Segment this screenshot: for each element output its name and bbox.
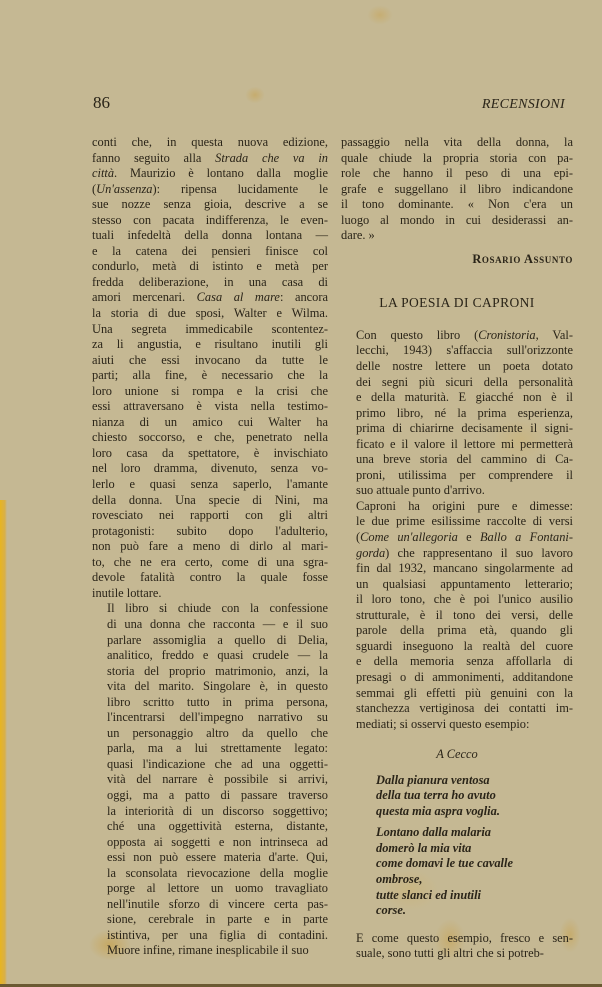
text-line: analitico, freddo e quasi crudele — la [92,648,328,664]
text-line: un qualsiasi appuntamento letterario; [341,577,573,593]
right-column: passaggio nella vita della donna, laqual… [341,135,573,962]
text-line: (Come un'allegoria e Ballo a Fontani- [341,530,573,546]
text-line: Il libro si chiude con la confessione [92,601,328,617]
text-line: un personaggio altro da quello che [92,726,328,742]
paragraph: conti che, in questa nuova edizione,fann… [92,135,328,601]
text-line: inutile lottare. [92,586,328,602]
poem-verse: come domavi le tue cavalle [376,856,573,872]
review-signature: Rosario Assunto [341,252,573,268]
text-line: non può fare a meno di dirlo al mari- [92,539,328,555]
text-line: stanchezza vertiginosa dei contatti im- [341,701,573,717]
text-line: il tono dominante. « Non c'era un [341,197,573,213]
text-line: condurlo, metà di istinto e metà per [92,259,328,275]
text-line: opposta ai soggetti e non intrinseca ad [92,835,328,851]
text-line: ché una oggettività esterna, distante, [92,819,328,835]
text-line: di una donna che racconta — e il suo [92,617,328,633]
text-line: passaggio nella vita della donna, la [341,135,573,151]
paragraph: Caproni ha origini pure e dimesse:le due… [341,499,573,732]
article-heading: LA POESIA DI CAPRONI [341,295,573,311]
text-line: devole fatalità contro la quale fosse [92,570,328,586]
text-line: dare. » [341,228,573,244]
text-line: nianza di un amico cui Walter ha [92,415,328,431]
running-title: RECENSIONI [482,97,565,113]
poem-stanza: Lontano dalla malariadomerò la mia vitac… [376,825,573,918]
text-line: una breve storia del cammino di Ca- [341,452,573,468]
text-line: prima di chiarirne decisamente il signi- [341,421,573,437]
text-line: quale chiude la propria storia con pa- [341,151,573,167]
review-ending: passaggio nella vita della donna, laqual… [341,135,573,244]
text-line: ficato e il valore il lettore mi permett… [341,437,573,453]
poem-verse: della tua terra ho avuto [376,788,573,804]
text-line: la sconsolata rievocazione della moglie [92,866,328,882]
page-edge-stain [0,500,7,987]
text-line: la storia di due sposi, Walter e Wilma. [92,306,328,322]
text-line: suo attuale punto d'arrivo. [341,483,573,499]
text-line: chiesto soccorso, e che, penetrato nella [92,430,328,446]
text-line: loro casa da spettatore, è invischiato [92,446,328,462]
text-line: lecchi, 1943) s'affaccia sull'orizzonte [341,343,573,359]
text-line: gorda) che rappresentano il suo lavoro [341,546,573,562]
text-line: fin dal 1932, mancano singolarmente ad [341,561,573,577]
paragraph: Con questo libro (Cronistoria, Val-lecch… [341,328,573,499]
text-line: nell'inutile sforzo di vincere certa pas… [92,897,328,913]
text-line: suale, sono tutti gli altri che si potre… [341,946,573,962]
paragraph: Il libro si chiude con la confessionedi … [92,601,328,959]
text-line: sue nozze senza gioia, descrive a se [92,197,328,213]
text-line: storia del proprio matrimonio, anzi, la [92,664,328,680]
text-line: Caproni ha origini pure e dimesse: [341,499,573,515]
text-line: semmai gli effetti più genuini con la [341,686,573,702]
text-line: fredda deliberazione, in una casa di [92,275,328,291]
text-line: aiuti che essi invocano da tutte le [92,353,328,369]
text-line: istintiva, per una figlia di contadini. [92,928,328,944]
poem-verse: ombrose, [376,872,573,888]
poem-verse: questa mia aspra voglia. [376,804,573,820]
text-line: il loro tono, che è poi l'unico ausilio [341,592,573,608]
poem-title: A Cecco [341,747,573,763]
left-column: conti che, in questa nuova edizione,fann… [92,135,328,959]
text-line: role che hanno il peso di una epi- [341,166,573,182]
text-line: fanno seguito alla Strada che va in [92,151,328,167]
book-page: 86 RECENSIONI conti che, in questa nuova… [0,0,602,987]
page-number: 86 [93,93,110,113]
text-line: Muore infine, rimane inesplicabile il su… [92,943,328,959]
text-line: della donna. Una specie di Nini, ma [92,493,328,509]
text-line: (Un'assenza): ripensa lucidamente le [92,182,328,198]
text-line: libro scritto tutto in prima persona, [92,695,328,711]
poem-verse: corse. [376,903,573,919]
text-line: l'incentrarsi dell'impegno narrativo su [92,710,328,726]
text-line: e della memoria senza affollarla di [341,654,573,670]
text-line: stesso con pacata indifferenza, le even- [92,213,328,229]
text-line: Una segreta immedicabile scontentez- [92,322,328,338]
text-line: sguardi inseguono la realtà del cuore [341,639,573,655]
running-head: 86 RECENSIONI [93,93,565,113]
text-line: mediati; si osservi questo esempio: [341,717,573,733]
text-line: essi attraversano è vista nella testimo- [92,399,328,415]
text-line: tuali infedeltà della donna lontana — [92,228,328,244]
text-line: primo libro, né la prima esperienza, [341,406,573,422]
text-line: luogo al mondo in cui desiderassi an- [341,213,573,229]
text-line: rovesciato nei rapporti con gli altri [92,508,328,524]
text-line: parla, ma a lui strettamente legato: [92,741,328,757]
text-line: proni, utilissima per comprendere il [341,468,573,484]
text-line: vita del marito. Singolare è, in questo [92,679,328,695]
text-line: città. Maurizio è lontano dalla moglie [92,166,328,182]
poem-verse: tutte slanci ed inutili [376,888,573,904]
text-line: e della maturità. E giacché non è il [341,390,573,406]
text-line: la interiorità di un discorso soggettivo… [92,804,328,820]
text-line: grafe e suggellano il libro indicandone [341,182,573,198]
text-line: essi non può essere materia d'arte. Qui, [92,850,328,866]
text-line: protagonisti: subito dopo l'adulterio, [92,524,328,540]
poem-verse: domerò la mia vita [376,841,573,857]
poem-verse: Dalla pianura ventosa [376,773,573,789]
text-line: vità del narrare è possibile si arrivi, [92,772,328,788]
text-line: loro unione si rompa e la crisi che [92,384,328,400]
text-line: lerlo e quasi senza saperlo, l'amante [92,477,328,493]
text-line: le due prime esilissime raccolte di vers… [341,514,573,530]
text-line: oggi, ma a patto di passare traverso [92,788,328,804]
text-line: E come questo esempio, fresco e sen- [341,931,573,947]
text-line: to, che ne era certo, come di una sgra- [92,555,328,571]
text-line: strutturale, è il tono dei versi, delle [341,608,573,624]
text-line: delle nostre lettere un poeta dotato [341,359,573,375]
text-line: Con questo libro (Cronistoria, Val- [341,328,573,344]
text-line: amori mercenari. Casa al mare: ancora [92,290,328,306]
paragraph: E come questo esempio, fresco e sen-sual… [341,931,573,962]
text-line: parti; alla fine, è necessario che la [92,368,328,384]
text-line: parole della prima età, quando gli [341,623,573,639]
text-line: quasi l'indicazione che ad una oggetti- [92,757,328,773]
poem-stanza: Dalla pianura ventosadella tua terra ho … [376,773,573,820]
text-line: porge al lettore un uomo travagliato [92,881,328,897]
text-line: e la catena dei pensieri finisce col [92,244,328,260]
text-line: dei segni più sicuri della personalità [341,375,573,391]
text-line: sione, cerebrale in parte e in parte [92,912,328,928]
poem-verse: Lontano dalla malaria [376,825,573,841]
text-line: nel loro dramma, divenuto, senza vo- [92,461,328,477]
text-line: parlare assomiglia a quello di Delia, [92,633,328,649]
text-line: conti che, in questa nuova edizione, [92,135,328,151]
text-line: za li angustia, e risultano inutili gli [92,337,328,353]
text-line: presagi o di ammonimenti, additandone [341,670,573,686]
